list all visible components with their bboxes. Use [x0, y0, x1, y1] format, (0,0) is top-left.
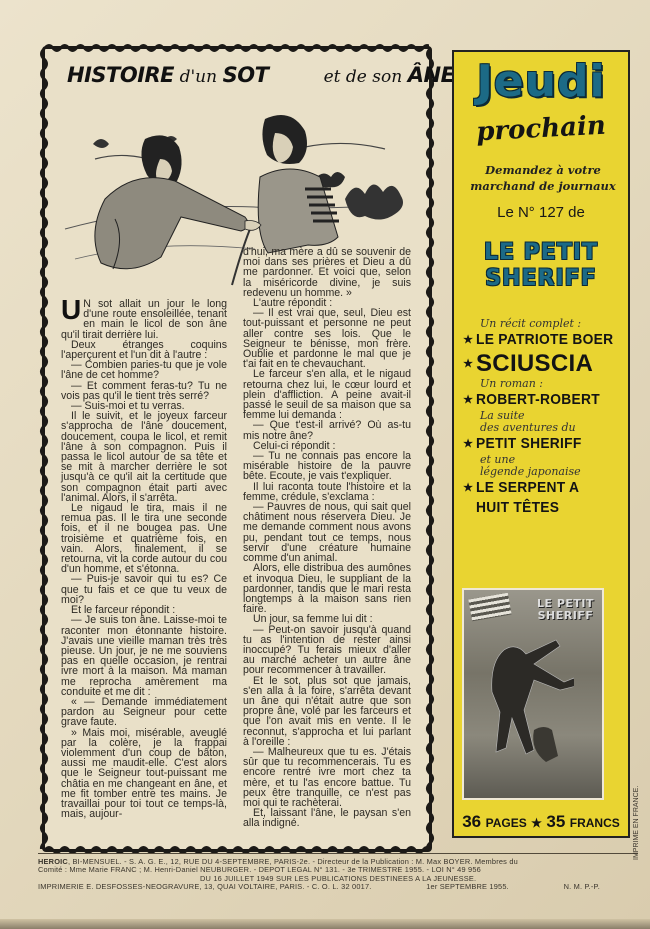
next-issue-advert: Jeudi prochain Demandez à votre marchand… [452, 50, 630, 838]
cover-title: LE PETIT SHERIFF [537, 598, 594, 622]
paragraph: Deux étranges coquins l'aperçurent et l'… [61, 340, 227, 360]
paragraph: Un jour, sa femme lui dit : [243, 614, 411, 624]
contents-title: LE PATRIOTE BOER [476, 330, 613, 350]
contents-intro: des aventures du [460, 422, 628, 434]
magazine-name: LE PETIT SHERIFF [454, 240, 628, 292]
magazine-back-cover: HISTOIRE d'un SOT et de son ÂNE U N sot … [0, 0, 650, 929]
paragraph: Alors, elle distribua des aumônes et inv… [243, 563, 411, 614]
star-icon: ★ [460, 390, 476, 410]
headline-ane: ÂNE [408, 63, 455, 87]
wavy-border-left [39, 49, 49, 849]
contents-title: LE SERPENT A HUIT TÊTES [476, 478, 605, 518]
printed-in-france-note: IMPRIME EN FRANCE. [633, 786, 640, 860]
issue-number: Le N° 127 de [454, 204, 628, 221]
paragraph: d'hui, ma mère a dû se souvenir de moi d… [243, 247, 411, 298]
ad-ask-text: Demandez à votre marchand de journaux [462, 162, 624, 194]
ad-subheadline-prochain: prochain [453, 109, 628, 148]
paragraph: Et le sot, plus sot que jamais, s'en all… [243, 676, 411, 747]
page-count: 36 [462, 812, 481, 831]
price-line: 36 PAGES ★ 35 FRANCS [454, 812, 628, 832]
story-column-right: d'hui, ma mère a dû se souvenir de moi d… [243, 247, 411, 829]
paragraph: Le nigaud le tira, mais il ne remua pas.… [61, 503, 227, 574]
contents-intro: Un récit complet : [460, 318, 628, 330]
contents-entry: ★ ROBERT-ROBERT [460, 390, 628, 410]
price: 35 [546, 812, 565, 831]
printer-info: IMPRIMERIE E. DESFOSSES-NEOGRAVURE, 13, … [38, 883, 372, 891]
price-currency: FRANCS [570, 816, 620, 830]
distributor-code: N. M. P.-P. [564, 883, 600, 891]
contents-entry: ★ PETIT SHERIFF [460, 434, 628, 454]
star-icon: ★ [460, 434, 476, 454]
story-headline: HISTOIRE d'un SOT et de son ÂNE [67, 63, 417, 103]
paragraph: — Tu ne connais pas encore la misérable … [243, 451, 411, 482]
ad-headline-jeudi: Jeudi [454, 56, 628, 107]
headline-sot: SOT [223, 63, 269, 87]
page-bottom-edge [0, 919, 650, 929]
headline-histoire: HISTOIRE [67, 63, 174, 87]
imprint-line-4: IMPRIMERIE E. DESFOSSES-NEOGRAVURE, 13, … [38, 883, 600, 891]
contents-title: SCIUSCIA [476, 350, 593, 378]
contents-entry: ★ SCIUSCIA [460, 350, 628, 378]
magazine-cover-image: LE PETIT SHERIFF [462, 588, 604, 800]
cowboy-figure [484, 630, 574, 780]
paragraph: » Mais moi, misérable, aveuglé par la co… [61, 728, 227, 820]
paragraph: Il le suivit, et le joyeux farceur s'app… [61, 411, 227, 503]
star-icon: ★ [460, 330, 476, 350]
contents-title: ROBERT-ROBERT [476, 390, 600, 410]
page-count-label: PAGES [486, 816, 527, 830]
wavy-border-right [425, 49, 435, 849]
paragraph: — Malheureux que tu es. J'étais sûr que … [243, 747, 411, 808]
paragraph: — Et comment feras-tu? Tu ne vois pas qu… [61, 381, 227, 401]
star-icon: ★ [460, 350, 476, 378]
publication-date: 1er SEPTEMBRE 1955. [426, 883, 509, 891]
magazine-name-line-1: LE PETIT [454, 240, 628, 266]
imprint-rule [38, 853, 638, 854]
story-column-left: U N sot allait un jour le long d'une rou… [61, 299, 227, 819]
story-box: HISTOIRE d'un SOT et de son ÂNE U N sot … [42, 46, 432, 852]
publication-imprint: HEROIC, BI-MENSUEL. - S. A. G. E., 12, R… [38, 858, 618, 891]
drop-cap: U [61, 299, 81, 321]
paragraph: — Il est vrai que, seul, Dieu est tout-p… [243, 308, 411, 369]
issue-contents: Un récit complet : ★ LE PATRIOTE BOER ★ … [460, 318, 628, 518]
paragraph: Il lui raconta toute l'histoire et la fe… [243, 482, 411, 502]
headline-et-de-son: et de son [324, 67, 403, 87]
paragraph: — Puis-je savoir qui tu es? Ce que tu fa… [61, 574, 227, 605]
ask-line-2: marchand de journaux [462, 178, 624, 194]
paragraph: « — Demande immédiatement pardon au Seig… [61, 697, 227, 728]
paragraph: N sot allait un jour le long d'une route… [61, 299, 227, 340]
flag-icon [468, 593, 511, 622]
contents-intro: Un roman : [460, 378, 628, 390]
cover-title-line-2: SHERIFF [537, 610, 594, 622]
paragraph: Le farceur s'en alla, et le nigaud retou… [243, 369, 411, 420]
contents-title: PETIT SHERIFF [476, 434, 582, 454]
ask-line-1: Demandez à votre [462, 162, 624, 178]
paragraph: — Je suis ton âne. Laisse-moi te raconte… [61, 615, 227, 697]
paragraph: — Pauvres de nous, qui sait quel châtime… [243, 502, 411, 563]
star-icon: ★ [460, 478, 476, 498]
paragraph: Et, laissant l'âne, le paysan s'en alla … [243, 808, 411, 828]
headline-dun: d'un [180, 67, 217, 87]
paragraph: — Peut-on savoir jusqu'à quand tu as l'i… [243, 625, 411, 676]
wavy-border-top [45, 43, 429, 53]
contents-intro: légende japonaise [460, 466, 628, 478]
contents-entry: ★ LE PATRIOTE BOER [460, 330, 628, 350]
paragraph: — Que t'est-il arrivé? Où as-tu mis notr… [243, 420, 411, 440]
paragraph: — Combien paries-tu que je vole l'âne de… [61, 360, 227, 380]
star-icon: ★ [531, 816, 542, 830]
contents-entry: ★ LE SERPENT A HUIT TÊTES [460, 478, 628, 518]
magazine-name-line-2: SHERIFF [454, 266, 628, 292]
